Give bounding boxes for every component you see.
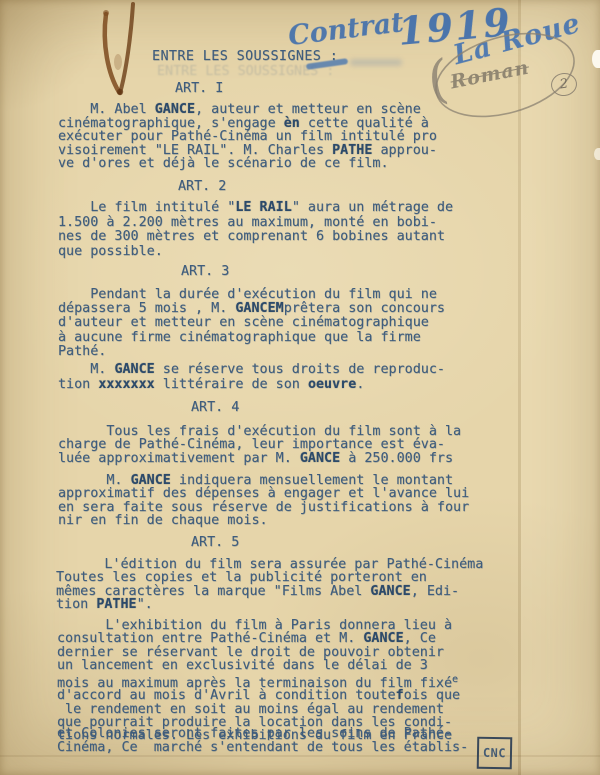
typed-line: nir en fin de chaque mois. [58, 515, 469, 528]
text-block-p6y: Cinéma, Ce marché s'entendant de tous le… [57, 740, 468, 755]
typed-line: Pathé. [58, 345, 445, 359]
typed-line: luée approximativement par M. GANCE à 25… [58, 452, 461, 465]
page-number-text: 2 [559, 76, 569, 92]
typed-line: à aucune firme cinématographique que la … [58, 331, 445, 345]
stamp-text: CNC [483, 746, 506, 760]
typed-line: M. GANCE se réserve tous droits de repro… [58, 363, 445, 378]
text-block-art5: ART. 5 [191, 535, 239, 550]
typed-line: ART. I [175, 81, 223, 96]
text-block-art2: ART. 2 [178, 179, 226, 194]
typed-line: ENTRE LES SOUSSIGNES : [152, 50, 338, 64]
paper-edge-notch [592, 50, 600, 68]
scanned-contract-page: ENTRE LES SOUSSIGNES : ENTRE LES SOUSSIG… [0, 0, 600, 775]
paperclip-rust-stain [92, 0, 154, 108]
typed-line: que possible. [58, 245, 453, 260]
typed-line: tion PATHE". [56, 599, 483, 612]
text-block-art3: ART. 3 [181, 264, 229, 279]
typed-line: nes de 300 mètres et comprenant 6 bobine… [58, 230, 453, 245]
text-block-p6x: et Colonies seront faites par les soins … [57, 726, 452, 741]
typed-line: ART. 3 [181, 264, 229, 279]
typed-line: ART. 2 [178, 179, 226, 194]
text-block-p4: Tous les frais d'exécution du film sont … [58, 425, 461, 465]
typed-line: M. Abel GANCE, auteur et metteur en scèn… [58, 103, 437, 117]
typed-line: Le film intitulé "LE RAIL" aura un métra… [58, 201, 453, 216]
typed-line: visoirement "LE RAIL". M. Charles PATHE … [58, 144, 437, 158]
text-block-p1: M. Abel GANCE, auteur et metteur en scèn… [58, 103, 437, 171]
typed-line: et Colonies seront faites par les soins … [57, 726, 452, 741]
typed-line: Cinéma, Ce marché s'entendant de tous le… [57, 740, 468, 755]
typed-line: un lancement en exclusivité dans le déla… [57, 660, 460, 673]
typed-line: charge de Pathé-Cinéma, leur importance … [58, 438, 461, 451]
cnc-archive-stamp: CNC [477, 737, 513, 770]
text-block-p3: Pendant la durée d'exécution du film qui… [58, 288, 445, 359]
typed-line: exécuter pour Pathé-Cinéma un film intit… [58, 130, 437, 144]
paper-edge-notch-small [594, 148, 600, 160]
typed-line: cinématographique, s'engage èn cette qua… [58, 117, 437, 131]
typed-line: 1.500 à 2.200 mètres au maximum, monté e… [58, 216, 453, 231]
text-block-p4b: M. GANCE indiquera mensuellement le mont… [58, 475, 469, 529]
ink-smudge [350, 59, 402, 66]
typed-line: tion xxxxxxx littéraire de son oeuvre. [58, 378, 445, 393]
text-block-p2: Le film intitulé "LE RAIL" aura un métra… [58, 201, 453, 259]
text-block-art1: ART. I [175, 81, 223, 96]
text-block-art4: ART. 4 [191, 400, 239, 415]
handwritten-contrat-label: Contrat [287, 7, 406, 52]
text-block-heading: ENTRE LES SOUSSIGNES : [152, 50, 338, 64]
typed-line: ART. 4 [191, 400, 239, 415]
text-block-p5: L'édition du film sera assurée par Pathé… [56, 559, 483, 613]
typed-line: ve d'ores et déjà le scénario de ce film… [58, 157, 437, 171]
typed-line: ART. 5 [191, 535, 239, 550]
text-block-p3b: M. GANCE se réserve tous droits de repro… [58, 363, 445, 393]
typed-line: d'auteur et metteur en scène cinématogra… [58, 316, 445, 330]
